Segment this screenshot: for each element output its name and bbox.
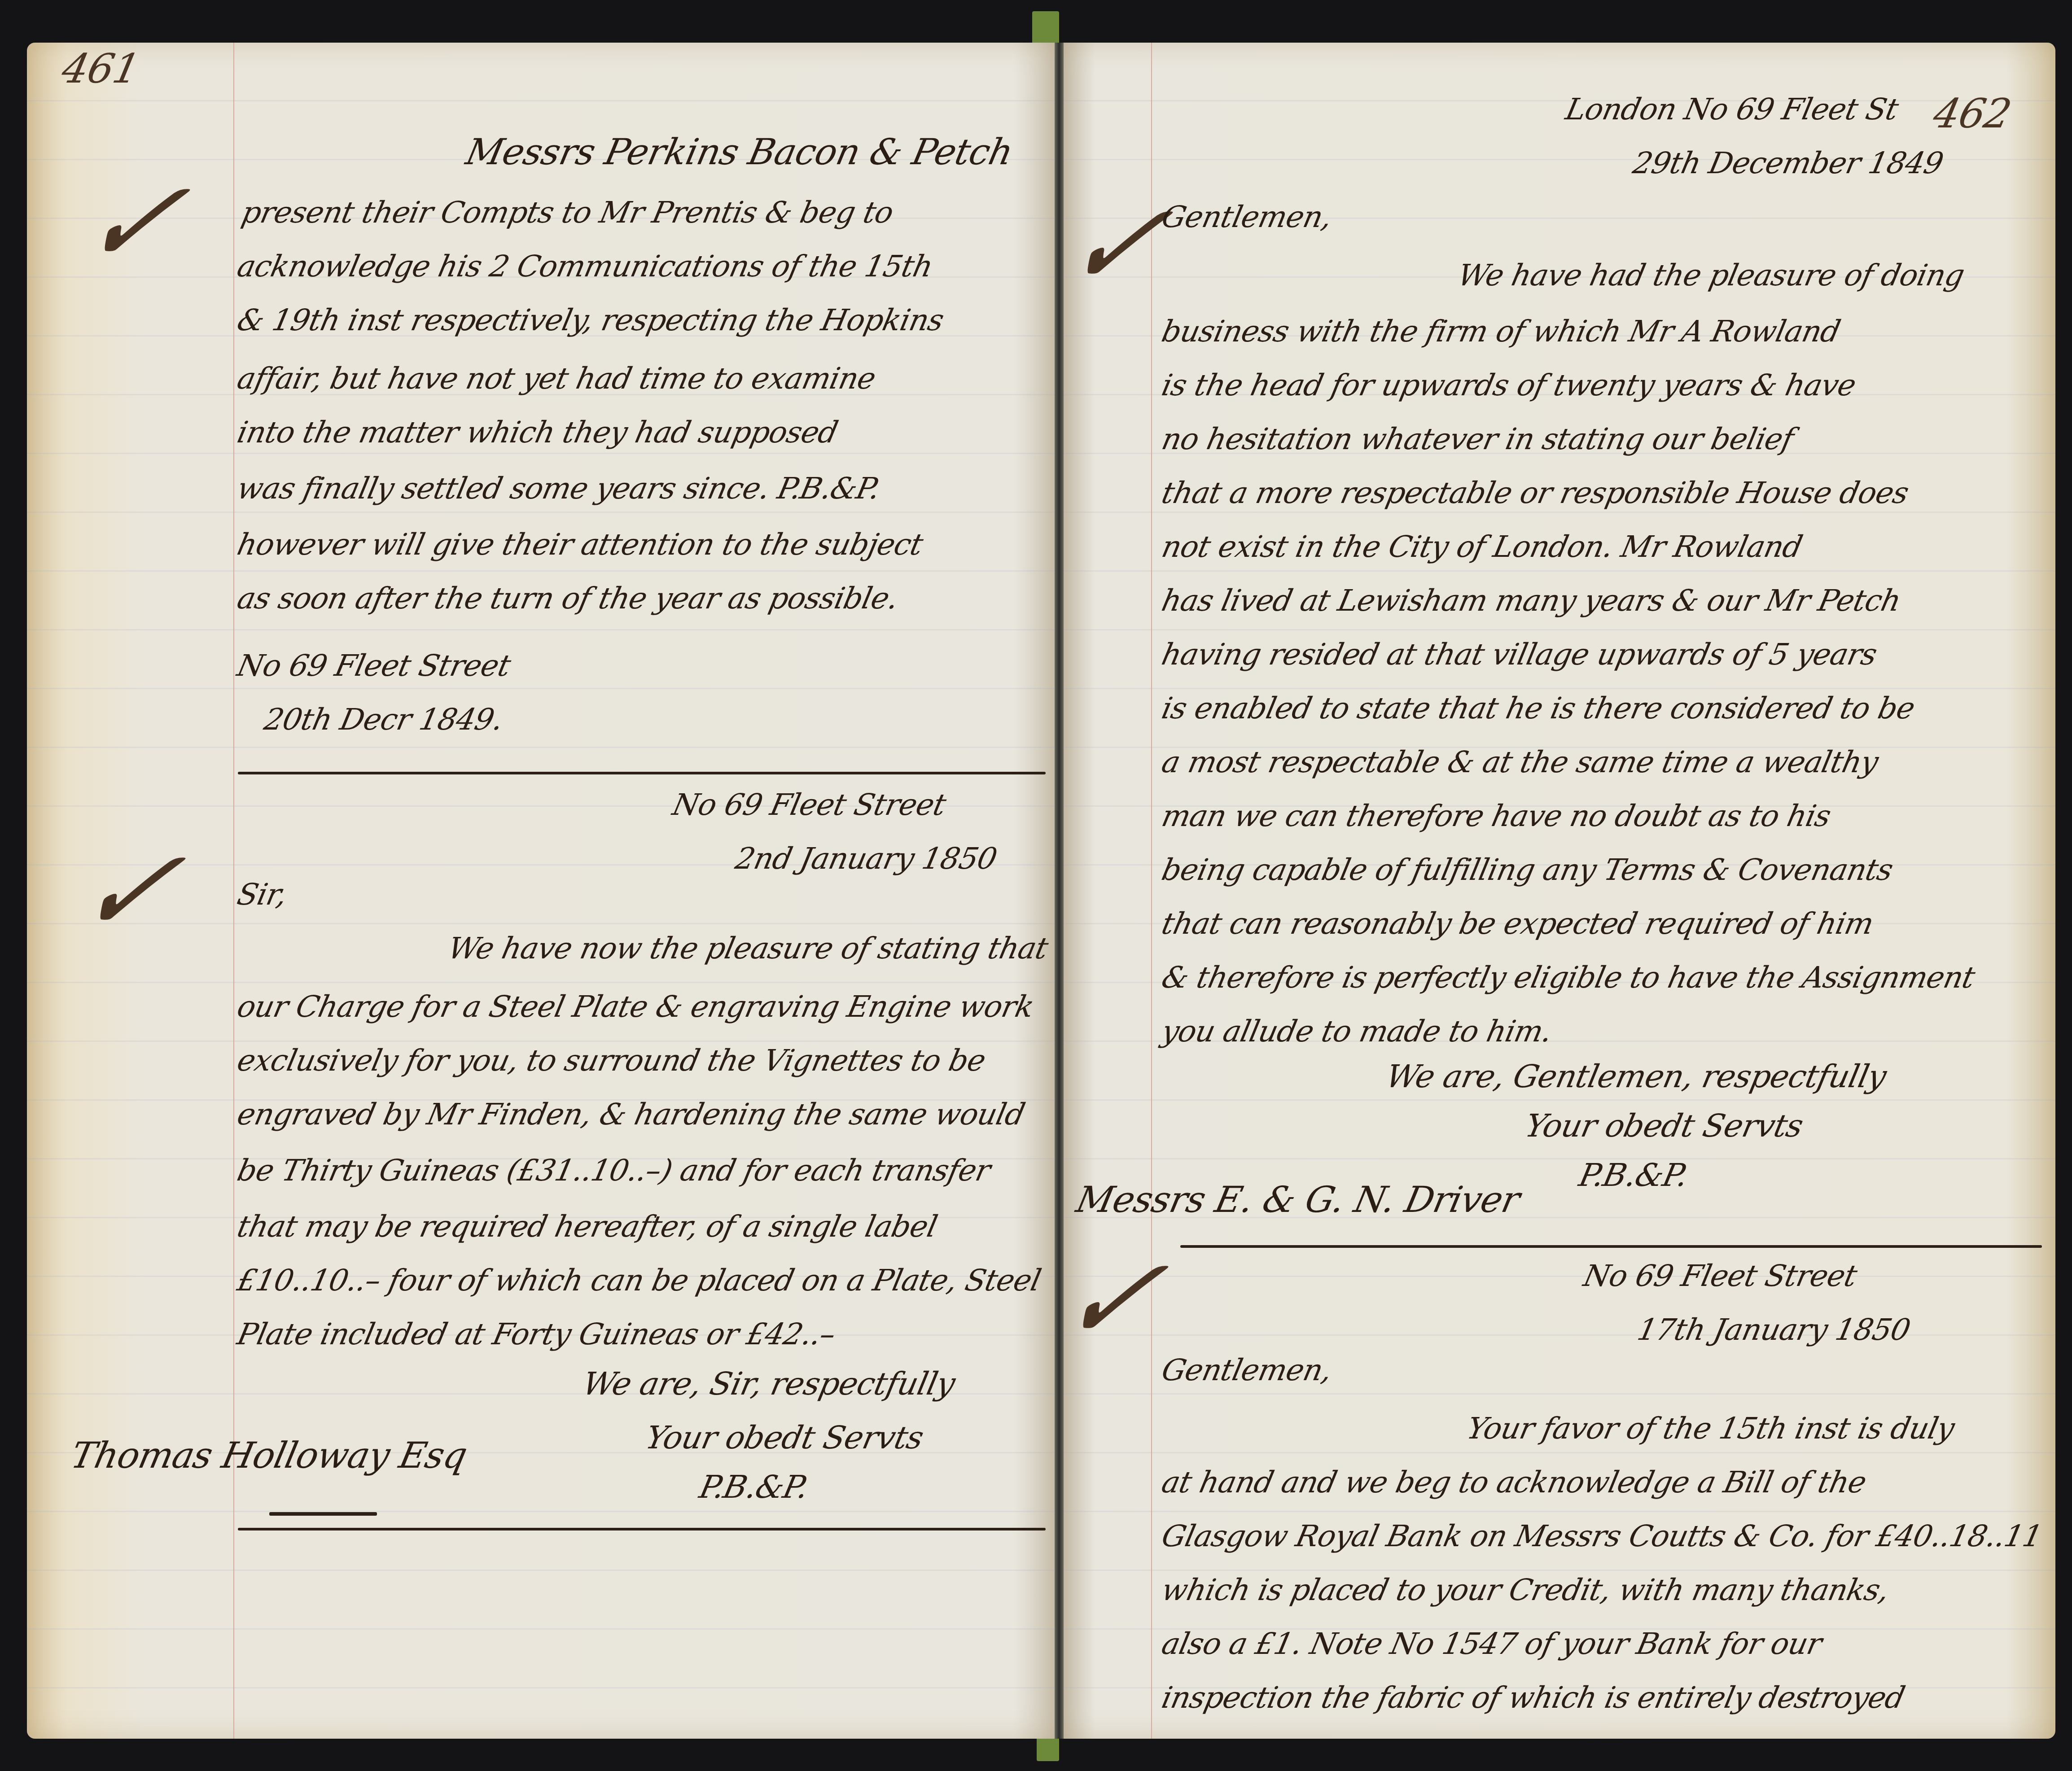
letter-salutation: Gentlemen, bbox=[1156, 1344, 1336, 1397]
letter-line: also a £1. Note No 1547 of your Bank for… bbox=[1156, 1618, 1827, 1670]
letter-line: as soon after the turn of the year as po… bbox=[232, 572, 903, 625]
letter-heading: Messrs Perkins Bacon & Petch bbox=[461, 126, 1017, 179]
letter-address: No 69 Fleet Street bbox=[1578, 1250, 1862, 1303]
divider-rule bbox=[238, 1528, 1046, 1530]
left-page: 461 ✓ ✓ Messrs Perkins Bacon & Petch pre… bbox=[27, 43, 1055, 1739]
letter-line: which is placed to your Credit, with man… bbox=[1156, 1564, 1894, 1617]
letter-signature: P.B.&P. bbox=[694, 1461, 813, 1513]
letter-line: affair, but have not yet had time to exa… bbox=[232, 352, 880, 405]
letter-line: our Charge for a Steel Plate & engraving… bbox=[232, 980, 1038, 1033]
letter-closing: We are, Gentlemen, respectfully bbox=[1381, 1050, 1891, 1103]
letter-line: inspection the fabric of which is entire… bbox=[1156, 1671, 1910, 1724]
letter-closing: We are, Sir, respectfully bbox=[578, 1357, 959, 1410]
letter-address: No 69 Fleet Street bbox=[667, 778, 951, 831]
right-page: 462 ✓ ✓ London No 69 Fleet St 29th Decem… bbox=[1064, 43, 2055, 1739]
letter-line: that may be required hereafter, of a sin… bbox=[232, 1200, 942, 1253]
letter-line: engraved by Mr Finden, & hardening the s… bbox=[232, 1088, 1029, 1141]
letter-line: £10..10..– four of which can be placed o… bbox=[232, 1254, 1046, 1307]
letter-line: & 19th inst respectively, respecting the… bbox=[232, 294, 948, 347]
letter-line: however will give their attention to the… bbox=[232, 518, 928, 571]
letter-line: has lived at Lewisham many years & our M… bbox=[1156, 574, 1906, 627]
letter-salutation: Gentlemen, bbox=[1156, 191, 1336, 244]
letter-line: was finally settled some years since. P.… bbox=[232, 462, 885, 515]
letter-line: Glasgow Royal Bank on Messrs Coutts & Co… bbox=[1156, 1510, 2047, 1563]
letter-line: business with the firm of which Mr A Row… bbox=[1156, 305, 1845, 358]
letter-date: 2nd January 1850 bbox=[730, 832, 1002, 885]
letter-date: 29th December 1849 bbox=[1628, 137, 1948, 190]
letter-recipient: Messrs E. & G. N. Driver bbox=[1071, 1173, 1524, 1226]
letter-line: man we can therefore have no doubt as to… bbox=[1156, 790, 1835, 843]
letter-signature: P.B.&P. bbox=[1574, 1149, 1692, 1202]
letter-line: acknowledge his 2 Communications of the … bbox=[232, 240, 937, 293]
letter-line: We have now the pleasure of stating that bbox=[443, 922, 1052, 975]
letter-line: into the matter which they had supposed bbox=[232, 406, 842, 459]
letter-line: not exist in the City of London. Mr Rowl… bbox=[1156, 520, 1807, 573]
letter-line: We have had the pleasure of doing bbox=[1453, 249, 1969, 302]
letter-address: London No 69 Fleet St bbox=[1560, 83, 1903, 136]
letter-line: at hand and we beg to acknowledge a Bill… bbox=[1156, 1456, 1871, 1509]
divider-rule bbox=[1180, 1245, 2042, 1248]
letter-closing: Your obedt Servts bbox=[640, 1411, 928, 1464]
page-number: 461 bbox=[57, 43, 144, 96]
page-number: 462 bbox=[1928, 87, 2015, 140]
letter-line: a most respectable & at the same time a … bbox=[1156, 736, 1883, 789]
letter-line: exclusively for you, to surround the Vig… bbox=[232, 1034, 990, 1087]
letter-recipient: Thomas Holloway Esq bbox=[66, 1429, 472, 1482]
letter-line: no hesitation whatever in stating our be… bbox=[1156, 413, 1798, 466]
letter-line: Your favor of the 15th inst is duly bbox=[1462, 1402, 1959, 1455]
letter-line: Plate included at Forty Guineas or £42..… bbox=[232, 1308, 840, 1361]
open-letter-book: 461 ✓ ✓ Messrs Perkins Bacon & Petch pre… bbox=[27, 43, 2055, 1743]
recipient-underline bbox=[269, 1512, 377, 1516]
letter-address: No 69 Fleet Street bbox=[232, 639, 515, 692]
letter-closing: Your obedt Servts bbox=[1520, 1099, 1808, 1152]
letter-line: & therefore is perfectly eligible to hav… bbox=[1156, 951, 1980, 1004]
letter-line: present their Compts to Mr Prentis & beg… bbox=[237, 186, 898, 239]
letter-line: is enabled to state that he is there con… bbox=[1156, 682, 1919, 735]
letter-line: that can reasonably be expected required… bbox=[1156, 897, 1878, 950]
letter-line: being capable of fulfilling any Terms & … bbox=[1156, 844, 1897, 896]
letter-line: having resided at that village upwards o… bbox=[1156, 628, 1882, 681]
margin-rule bbox=[233, 43, 234, 1739]
letter-line: is the head for upwards of twenty years … bbox=[1156, 359, 1861, 412]
letter-line: that a more respectable or responsible H… bbox=[1156, 467, 1913, 520]
letter-date: 20th Decr 1849. bbox=[259, 693, 508, 746]
divider-rule bbox=[238, 772, 1046, 774]
letter-line: be Thirty Guineas (£31..10..–) and for e… bbox=[232, 1144, 995, 1197]
letter-date: 17th January 1850 bbox=[1632, 1303, 1915, 1356]
